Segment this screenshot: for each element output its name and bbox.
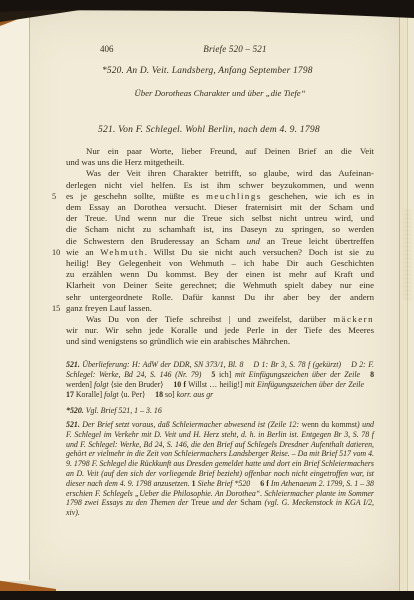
text-segment: die Scham nicht zu schamhaft ist, ins Da… [66, 224, 374, 234]
book-photo: 406 Briefe 520 – 521 *520. An D. Veit. L… [0, 0, 414, 600]
text-segment: ⟨u. Per⟩ [121, 390, 146, 399]
text-segment: Der Brief setzt voraus, daß Schleiermach… [80, 420, 302, 429]
page-number: 406 [100, 44, 114, 54]
text-segment: und [247, 236, 260, 246]
text-segment: 521. [66, 360, 80, 369]
text-segment: werden] [66, 380, 94, 389]
text-line: Nur ein paar Worte, lieber Freund, auf D… [66, 146, 374, 157]
text-line: zu erzählen wenn Du kommst. Bey der eine… [66, 269, 374, 280]
text-line: 10 wie an Wehmuth. Willst Du sie nicht a… [66, 247, 374, 258]
page-showthrough [402, 210, 412, 300]
text-line: wir nur. Wir sehn jede Koralle und jede … [66, 325, 374, 336]
text-segment: mit Einfügungszeichen über der Zeile [235, 370, 360, 379]
text-segment: Siehe Brief *520 [196, 479, 251, 488]
text-line: Was Du von der Tiefe schreibst | und zwe… [66, 314, 374, 325]
text-segment: 18 [155, 390, 163, 399]
text-segment: mäckern [333, 314, 374, 324]
letter-521-text: Nur ein paar Worte, lieber Freund, auf D… [66, 146, 374, 348]
text-line-content: dem Essay an Dorothea versucht. Dieser f… [66, 202, 374, 213]
text-line: und was uns die Herz mitgetheilt. [66, 157, 374, 168]
text-segment: so] [163, 390, 177, 399]
text-segment: Wehmuth [100, 247, 145, 257]
text-segment: Scham [240, 498, 261, 507]
text-line-content: sehr untergeordnete Rolle. Dafür kannst … [66, 292, 374, 303]
margin-line-number: 5 [52, 191, 66, 202]
text-line-content: Nur ein paar Worte, lieber Freund, auf D… [66, 146, 374, 157]
text-line-content: und sind wenigstens so gründlich wie ein… [66, 336, 374, 347]
text-segment: wenn du kommst [302, 420, 357, 429]
text-segment: und sind wenigstens so gründlich wie ein… [66, 336, 290, 346]
text-segment: 10 f [173, 380, 186, 389]
text-segment: die Schwestern den Bruderessay an Scham [66, 236, 247, 246]
text-segment: wir nur. Wir sehn jede Koralle und jede … [66, 325, 374, 335]
text-line-content: ganz freyen Lauf lassen. [66, 303, 374, 314]
text-segment: korr. aus gr [177, 390, 214, 399]
commentary-520: *520. Vgl. Brief 521, 1 – 3. 16 [66, 406, 374, 415]
text-line-content: die Schwestern den Bruderessay an Scham … [66, 236, 374, 247]
text-segment: der Treue. Und wenn nur die Treue sich s… [66, 213, 374, 223]
text-segment: zu erzählen wenn Du kommst. Bey der eine… [66, 269, 374, 279]
text-line: derlegen nicht viel helfen. Es ist ihm s… [66, 180, 374, 191]
text-line-content: die Scham nicht zu schamhaft ist, ins Da… [66, 224, 374, 235]
text-segment: ganz freyen Lauf lassen. [66, 303, 152, 313]
text-line: Klarheit von Deiner Seite gerechnet; die… [66, 280, 374, 291]
text-line-content: Was der Veit ihren Charakter betrifft, s… [66, 168, 374, 179]
text-line-content: es je geschehn sollte, müßte es meuchlin… [66, 191, 374, 202]
text-line-content: der Treue. Und wenn nur die Treue sich s… [66, 213, 374, 224]
text-segment: geschehen, wie ich es in [262, 191, 374, 201]
text-line-content: wir nur. Wir sehn jede Koralle und jede … [66, 325, 374, 336]
text-segment: folgt [94, 380, 111, 389]
page-right-edge-line [399, 11, 400, 591]
commentary-521: 521. Der Brief setzt voraus, daß Schleie… [66, 420, 374, 518]
page-right-edge [400, 11, 407, 591]
text-segment: 8 [370, 370, 374, 379]
text-segment: und was uns die Herz mitgetheilt. [66, 157, 184, 167]
text-line: Was der Veit ihren Charakter betrifft, s… [66, 168, 374, 179]
text-segment: 6 f [260, 479, 269, 488]
margin-line-number: 10 [52, 247, 66, 258]
text-segment: folgt [104, 390, 120, 399]
page-header: 406 Briefe 520 – 521 [66, 44, 374, 56]
letter-520-subtitle: Über Dorotheas Charakter und über „die T… [66, 88, 374, 98]
text-segment: Nur ein paar Worte, lieber Freund, auf D… [86, 146, 374, 156]
text-line-content: und was uns die Herz mitgetheilt. [66, 157, 374, 168]
text-line: die Schwestern den Bruderessay an Scham … [66, 236, 374, 247]
text-segment: an Treue leicht übertreffen [260, 236, 374, 246]
text-segment: ) und F. Schlegel im Verkehr mit D. Veit… [66, 420, 374, 488]
text-line-content: Was Du von der Tiefe schreibst | und zwe… [66, 314, 374, 325]
text-segment: es je geschehn sollte, müßte es [66, 191, 206, 201]
text-segment: *520. [66, 406, 84, 415]
text-segment: ⟨sie den Bruder⟩ [111, 380, 164, 389]
text-line: heilig! Bey Gelegenheit von Wehmuth – ic… [66, 258, 374, 269]
text-segment: 521. [66, 420, 80, 429]
text-segment: Vgl. Brief 521, 1 – 3. 16 [84, 406, 162, 415]
photo-border-bottom [0, 591, 414, 600]
text-segment: derlegen nicht viel helfen. Es ist ihm s… [66, 180, 374, 190]
text-segment: ich] [215, 370, 235, 379]
text-line: der Treue. Und wenn nur die Treue sich s… [66, 213, 374, 224]
letter-521-heading: 521. Von F. Schlegel. Wohl Berlin, nach … [98, 124, 320, 135]
text-segment: mit Einfügungszeichen über der Zeile [245, 380, 364, 389]
page-left-margin-edge [0, 11, 29, 581]
text-line-content: derlegen nicht viel helfen. Es ist ihm s… [66, 180, 374, 191]
text-segment: Was der Veit ihren Charakter betrifft, s… [86, 168, 374, 178]
text-segment: sehr untergeordnete Rolle. Dafür kannst … [66, 292, 374, 302]
text-segment: heilig! Bey Gelegenheit von Wehmuth – ic… [66, 258, 374, 268]
underlying-page-edge-line [407, 11, 408, 591]
text-line: die Scham nicht zu schamhaft ist, ins Da… [66, 224, 374, 235]
text-segment: D 1: Br 3, S. 78 f (gekürzt) [253, 360, 341, 369]
book-page: 406 Briefe 520 – 521 *520. An D. Veit. L… [0, 0, 414, 600]
underlying-page-edge [408, 11, 414, 591]
text-segment: meuchlings [206, 191, 262, 201]
text-line: dem Essay an Dorothea versucht. Dieser f… [66, 202, 374, 213]
text-segment: Treue [191, 498, 209, 507]
text-line-content: Klarheit von Deiner Seite gerechnet; die… [66, 280, 374, 291]
text-segment: . Willst Du sie nicht auch versuchen? Do… [145, 247, 374, 257]
text-line: sehr untergeordnete Rolle. Dafür kannst … [66, 292, 374, 303]
letter-520-heading: *520. An D. Veit. Landsberg, Anfang Sept… [102, 66, 313, 76]
text-segment: wie an [66, 247, 100, 257]
text-segment: Klarheit von Deiner Seite gerechnet; die… [66, 280, 374, 290]
text-segment: Was Du von der Tiefe schreibst | und zwe… [86, 314, 333, 324]
text-line: 15 ganz freyen Lauf lassen. [66, 303, 374, 314]
text-segment: 17 [66, 390, 74, 399]
page-crease-line [29, 12, 30, 580]
text-segment: Koralle] [74, 390, 104, 399]
text-line: 5 es je geschehn sollte, müßte es meuchl… [66, 191, 374, 202]
text-line-content: heilig! Bey Gelegenheit von Wehmuth – ic… [66, 258, 374, 269]
text-segment: dem Essay an Dorothea versucht. Dieser f… [66, 202, 374, 212]
text-segment: und der [209, 498, 240, 507]
text-line-content: zu erzählen wenn Du kommst. Bey der eine… [66, 269, 374, 280]
critical-apparatus-521: 521. Überlieferung: H: AdW der DDR, SN 3… [66, 360, 374, 400]
text-line: und sind wenigstens so gründlich wie ein… [66, 336, 374, 347]
text-segment: Überlieferung: H: AdW der DDR, SN 373/1,… [80, 360, 244, 369]
text-line-content: wie an Wehmuth. Willst Du sie nicht auch… [66, 247, 374, 258]
margin-line-number: 15 [52, 303, 66, 314]
text-segment: Willst … heilig!] [186, 380, 245, 389]
